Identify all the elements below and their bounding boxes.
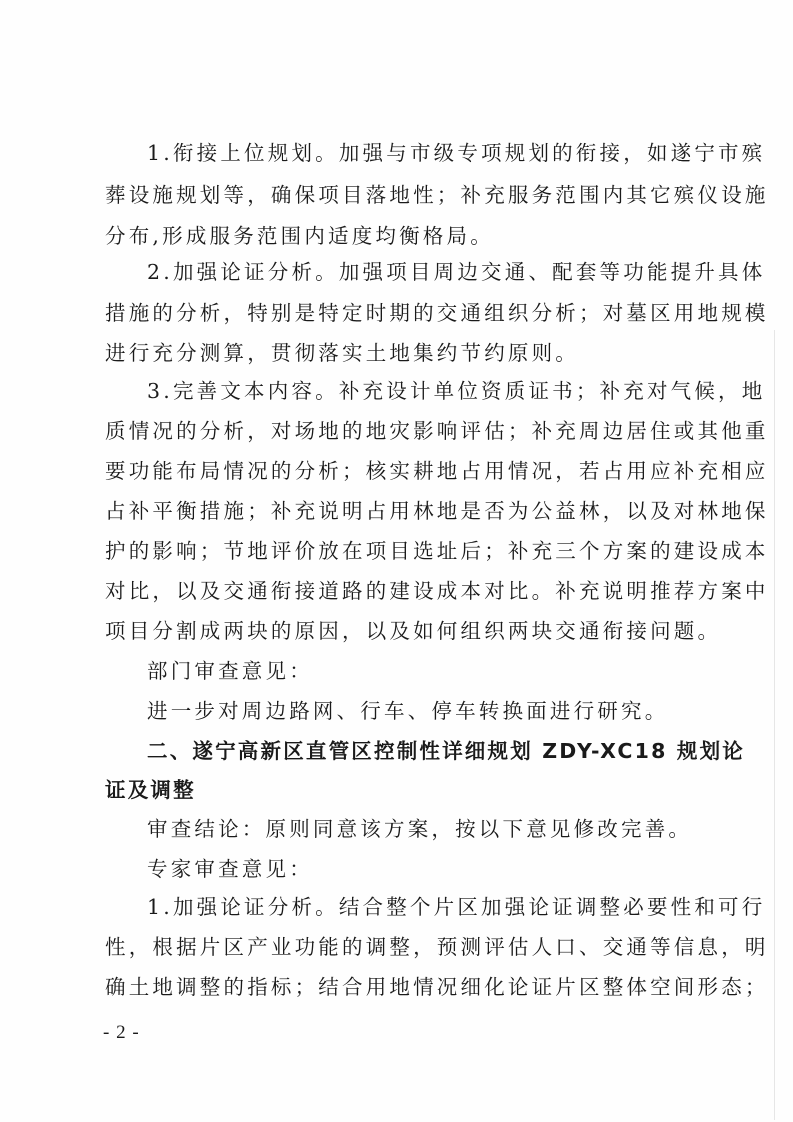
paragraph-line: 性，根据片区产业功能的调整，预测评估人口、交通等信息，明 [105,933,769,961]
expert-opinion-label: 专家审查意见： [147,855,313,883]
paragraph-line: 葬设施规划等，确保项目落地性；补充服务范围内其它殡仪设施 [105,181,769,209]
paragraph-line: 对比，以及交通衔接道路的建设成本对比。补充说明推荐方案中 [105,577,769,605]
page-edge-line [774,330,775,1120]
section-heading-line2: 证及调整 [105,776,196,804]
paragraph-line: 质情况的分析，对场地的地灾影响评估；补充周边居住或其他重 [105,417,769,445]
paragraph-line: 3.完善文本内容。补充设计单位资质证书；补充对气候，地 [147,377,765,405]
document-page: 1.衔接上位规划。加强与市级专项规划的衔接，如遂宁市殡 葬设施规划等，确保项目落… [0,0,793,1122]
paragraph-line: 项目分割成两块的原因，以及如何组织两块交通衔接问题。 [105,617,721,645]
paragraph-line: 1.加强论证分析。结合整个片区加强论证调整必要性和可行 [147,893,765,921]
paragraph-line: 分布,形成服务范围内适度均衡格局。 [105,222,494,250]
page-number: - 2 - [103,1021,140,1045]
paragraph-line: 进行充分测算，贯彻落实土地集约节约原则。 [105,339,579,367]
section-heading-line1: 二、遂宁高新区直管区控制性详细规划 ZDY-XC18 规划论 [147,737,745,765]
paragraph-line: 护的影响；节地评价放在项目选址后；补充三个方案的建设成本 [105,537,769,565]
paragraph-line: 要功能布局情况的分析；核实耕地占用情况，若占用应补充相应 [105,457,769,485]
paragraph-line: 2.加强论证分析。加强项目周边交通、配套等功能提升具体 [147,258,765,286]
paragraph-line: 占补平衡措施；补充说明占用林地是否为公益林，以及对林地保 [105,497,769,525]
department-opinion-label: 部门审查意见： [147,657,313,685]
paragraph-line: 确土地调整的指标；结合用地情况细化论证片区整体空间形态； [105,973,769,1001]
review-conclusion: 审查结论：原则同意该方案，按以下意见修改完善。 [147,815,692,843]
department-opinion-text: 进一步对周边路网、行车、停车转换面进行研究。 [147,697,668,725]
paragraph-line: 1.衔接上位规划。加强与市级专项规划的衔接，如遂宁市殡 [147,139,765,167]
paragraph-line: 措施的分析，特别是特定时期的交通组织分析；对墓区用地规模 [105,299,769,327]
